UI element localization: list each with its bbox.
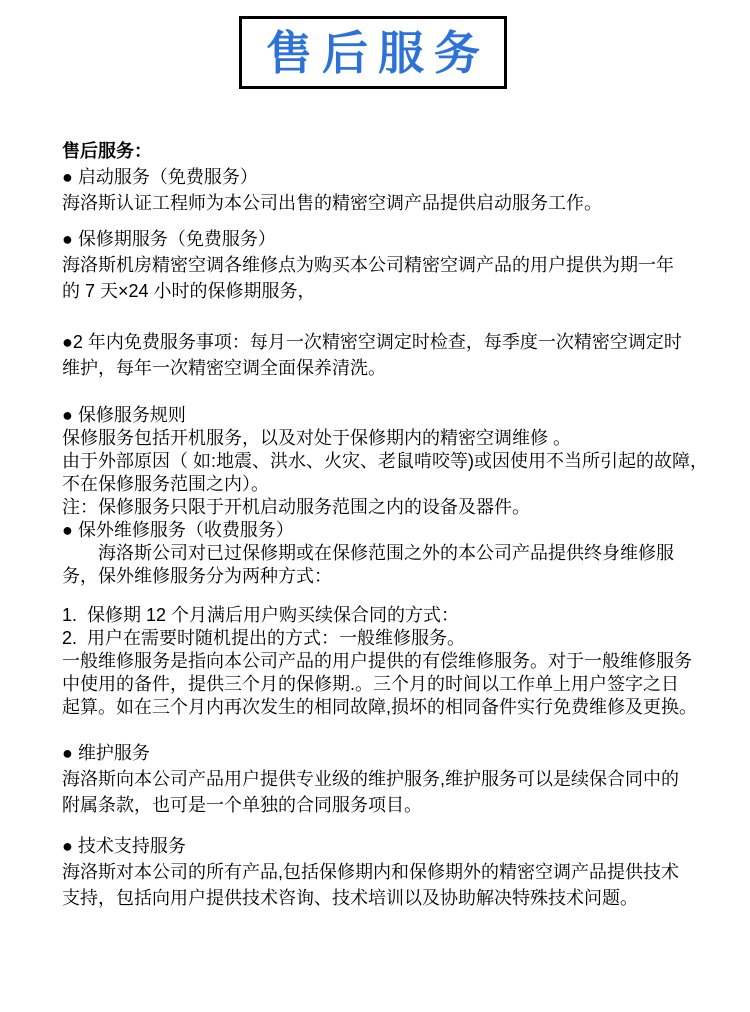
text-line: ●2 年内免费服务事项：每月一次精密空调定时检查，每季度一次精密空调定时 [62, 329, 712, 355]
section-heading: 售后服务： [62, 138, 712, 164]
document-page: 售后服务 售后服务：● 启动服务（免费服务）海洛斯认证工程师为本公司出售的精密空… [0, 0, 750, 1012]
text-line: ● 保修服务规则 [62, 404, 712, 427]
document-body: 售后服务：● 启动服务（免费服务）海洛斯认证工程师为本公司出售的精密空调产品提供… [62, 138, 712, 911]
text-line: 中使用的备件，提供三个月的保修期.。三个月的时间以工作单上用户签字之日 [62, 673, 712, 696]
text-line: 保修服务包括开机服务，以及对处于保修期内的精密空调维修 。 [62, 427, 712, 450]
text-line: ● 保修期服务（免费服务） [62, 226, 712, 252]
paragraph: ● 保修期服务（免费服务）海洛斯机房精密空调各维修点为购买本公司精密空调产品的用… [62, 226, 712, 304]
paragraph: 1. 保修期 12 个月满后用户购买续保合同的方式：2. 用户在需要时随机提出的… [62, 604, 712, 719]
text-line: 一般维修服务是指向本公司产品的用户提供的有偿维修服务。对于一般维修服务 [62, 650, 712, 673]
text-line: 维护，每年一次精密空调全面保养清洗。 [62, 355, 712, 381]
text-line: 支持，包括向用户提供技术咨询、技术培训以及协助解决特殊技术问题。 [62, 885, 712, 911]
text-line: 海洛斯认证工程师为本公司出售的精密空调产品提供启动服务工作。 [62, 190, 712, 216]
text-line: 海洛斯机房精密空调各维修点为购买本公司精密空调产品的用户提供为期一年 [62, 252, 712, 278]
text-line: 1. 保修期 12 个月满后用户购买续保合同的方式： [62, 604, 712, 627]
paragraph: 售后服务：● 启动服务（免费服务）海洛斯认证工程师为本公司出售的精密空调产品提供… [62, 138, 712, 216]
text-line: 2. 用户在需要时随机提出的方式：一般维修服务。 [62, 627, 712, 650]
text-line: 不在保修服务范围之内）。 [62, 473, 712, 496]
text-line: 的 7 天×24 小时的保修期服务， [62, 278, 712, 304]
paragraph: ● 保修服务规则保修服务包括开机服务，以及对处于保修期内的精密空调维修 。由于外… [62, 404, 712, 588]
paragraph: ● 技术支持服务海洛斯对本公司的所有产品,包括保修期内和保修期外的精密空调产品提… [62, 833, 712, 911]
text-line: 务，保外维修服务分为两种方式： [62, 565, 712, 588]
text-line: 海洛斯对本公司的所有产品,包括保修期内和保修期外的精密空调产品提供技术 [62, 859, 712, 885]
text-line: ● 保外维修服务（收费服务） [62, 519, 712, 542]
text-line: 海洛斯向本公司产品用户提供专业级的维护服务,维护服务可以是续保合同中的 [62, 766, 712, 792]
text-line: 由于外部原因（ 如:地震、洪水、火灾、老鼠啃咬等)或因使用不当所引起的故障， [62, 450, 712, 473]
text-line: 海洛斯公司对已过保修期或在保修范围之外的本公司产品提供终身维修服 [62, 542, 712, 565]
paragraph: ●2 年内免费服务事项：每月一次精密空调定时检查，每季度一次精密空调定时维护，每… [62, 329, 712, 381]
text-line: ● 技术支持服务 [62, 833, 712, 859]
page-title: 售后服务 [256, 30, 490, 76]
text-line: ● 启动服务（免费服务） [62, 164, 712, 190]
text-line: 注：保修服务只限于开机启动服务范围之内的设备及器件。 [62, 496, 712, 519]
text-line: 起算。如在三个月内再次发生的相同故障,损坏的相同备件实行免费维修及更换。 [62, 696, 712, 719]
text-line: 附属条款，也可是一个单独的合同服务项目。 [62, 792, 712, 818]
text-line: ● 维护服务 [62, 740, 712, 766]
title-box: 售后服务 [239, 16, 507, 89]
paragraph: ● 维护服务海洛斯向本公司产品用户提供专业级的维护服务,维护服务可以是续保合同中… [62, 740, 712, 818]
